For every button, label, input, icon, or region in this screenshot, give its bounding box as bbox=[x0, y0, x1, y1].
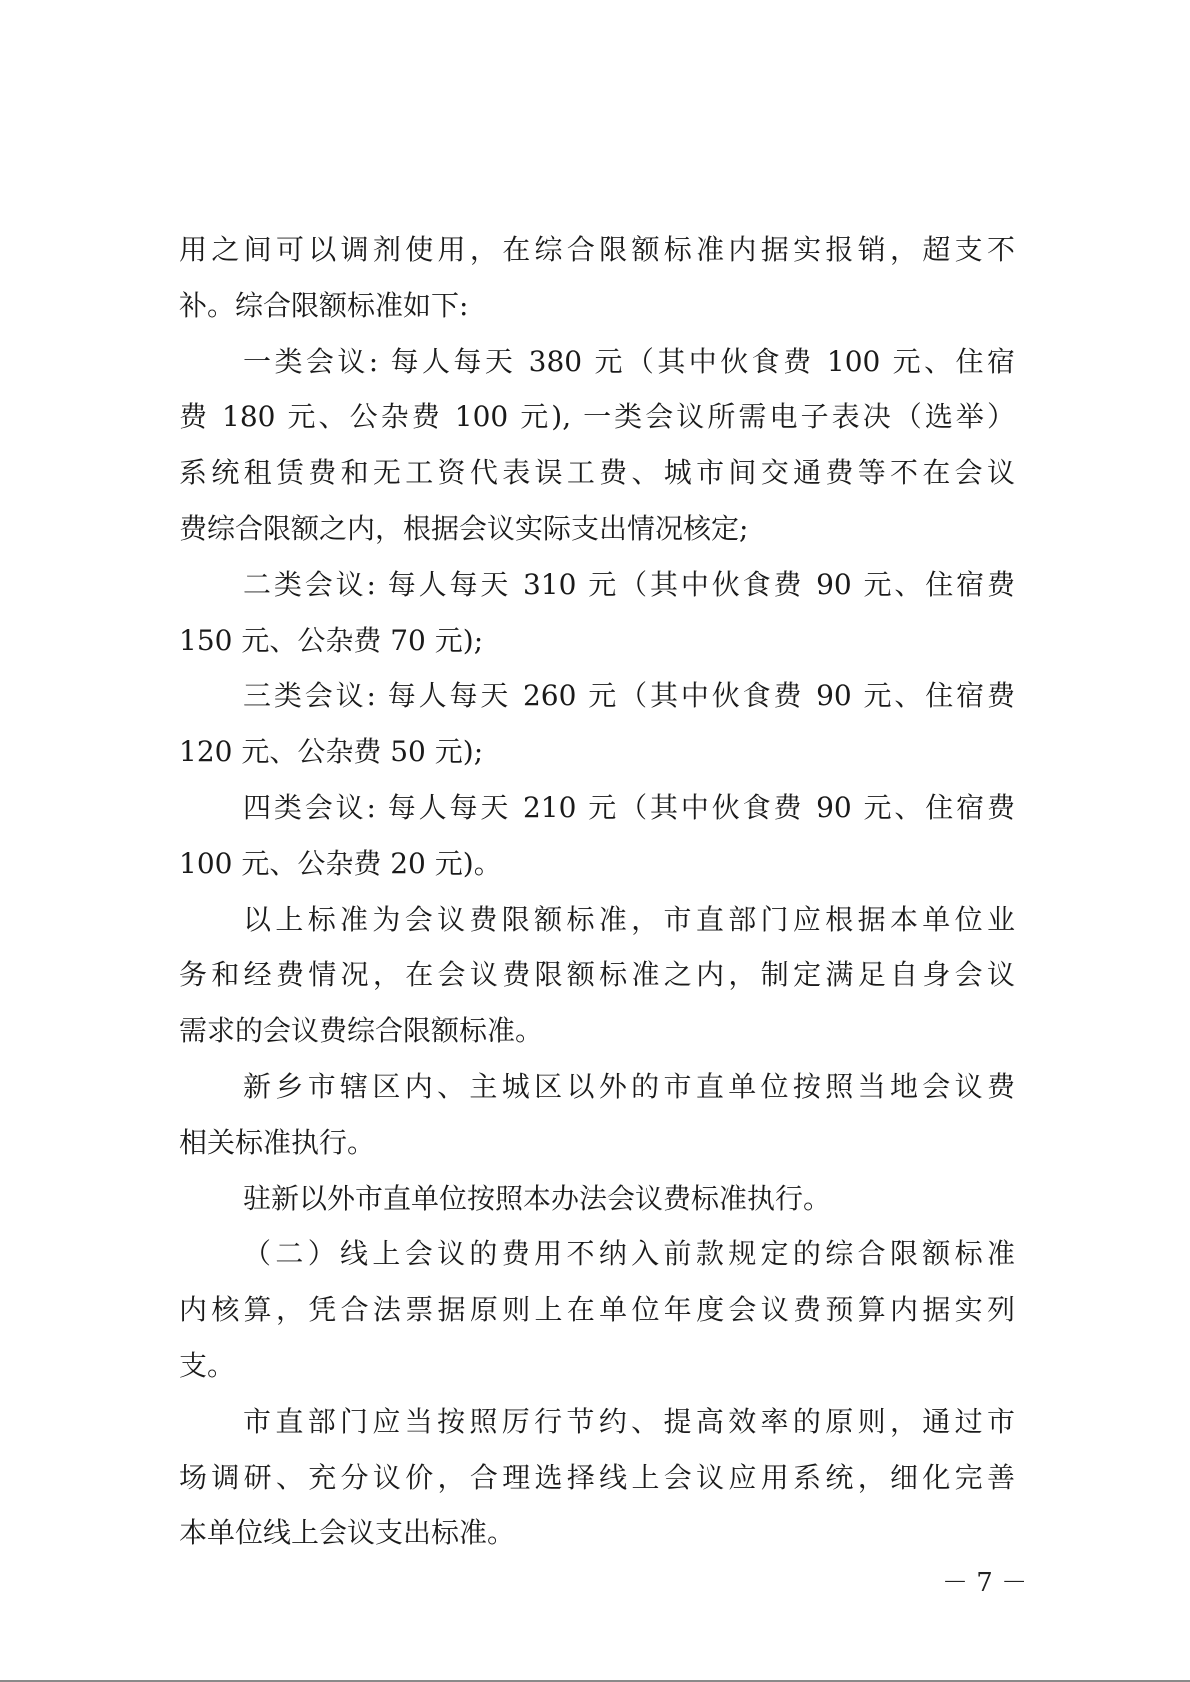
text-line: （二）线上会议的费用不纳入前款规定的综合限额标准 bbox=[179, 1226, 1015, 1282]
page-number: － 7 － bbox=[942, 1568, 1027, 1598]
text-line: 相关标准执行。 bbox=[179, 1115, 1015, 1171]
text-line: 二类会议: 每人每天 310 元（其中伙食费 90 元、住宿费 bbox=[179, 557, 1015, 613]
text-line: 新乡市辖区内、主城区以外的市直单位按照当地会议费 bbox=[179, 1059, 1015, 1115]
text-line: 场调研、充分议价，合理选择线上会议应用系统，细化完善 bbox=[179, 1450, 1015, 1506]
document-page: 用之间可以调剂使用，在综合限额标准内据实报销，超支不 补。综合限额标准如下: 一… bbox=[0, 0, 1190, 1682]
text-line: 驻新以外市直单位按照本办法会议费标准执行。 bbox=[179, 1171, 1015, 1227]
text-line: 100 元、公杂费 20 元)。 bbox=[179, 836, 1015, 892]
body-text: 用之间可以调剂使用，在综合限额标准内据实报销，超支不 补。综合限额标准如下: 一… bbox=[179, 222, 1015, 1561]
text-line: 费综合限额之内，根据会议实际支出情况核定; bbox=[179, 501, 1015, 557]
text-line: 支。 bbox=[179, 1338, 1015, 1394]
text-line: 以上标准为会议费限额标准，市直部门应根据本单位业 bbox=[179, 892, 1015, 948]
text-line: 120 元、公杂费 50 元); bbox=[179, 724, 1015, 780]
text-line: 补。综合限额标准如下: bbox=[179, 278, 1015, 334]
text-line: 费 180 元、公杂费 100 元), 一类会议所需电子表决（选举） bbox=[179, 389, 1015, 445]
text-line: 内核算，凭合法票据原则上在单位年度会议费预算内据实列 bbox=[179, 1282, 1015, 1338]
text-line: 本单位线上会议支出标准。 bbox=[179, 1505, 1015, 1561]
text-line: 需求的会议费综合限额标准。 bbox=[179, 1003, 1015, 1059]
text-line: 市直部门应当按照厉行节约、提高效率的原则，通过市 bbox=[179, 1394, 1015, 1450]
text-line: 三类会议: 每人每天 260 元（其中伙食费 90 元、住宿费 bbox=[179, 668, 1015, 724]
text-line: 150 元、公杂费 70 元); bbox=[179, 613, 1015, 669]
text-line: 系统租赁费和无工资代表误工费、城市间交通费等不在会议 bbox=[179, 445, 1015, 501]
text-line: 一类会议: 每人每天 380 元（其中伙食费 100 元、住宿 bbox=[179, 334, 1015, 390]
text-line: 务和经费情况，在会议费限额标准之内，制定满足自身会议 bbox=[179, 947, 1015, 1003]
text-line: 四类会议: 每人每天 210 元（其中伙食费 90 元、住宿费 bbox=[179, 780, 1015, 836]
text-line: 用之间可以调剂使用，在综合限额标准内据实报销，超支不 bbox=[179, 222, 1015, 278]
